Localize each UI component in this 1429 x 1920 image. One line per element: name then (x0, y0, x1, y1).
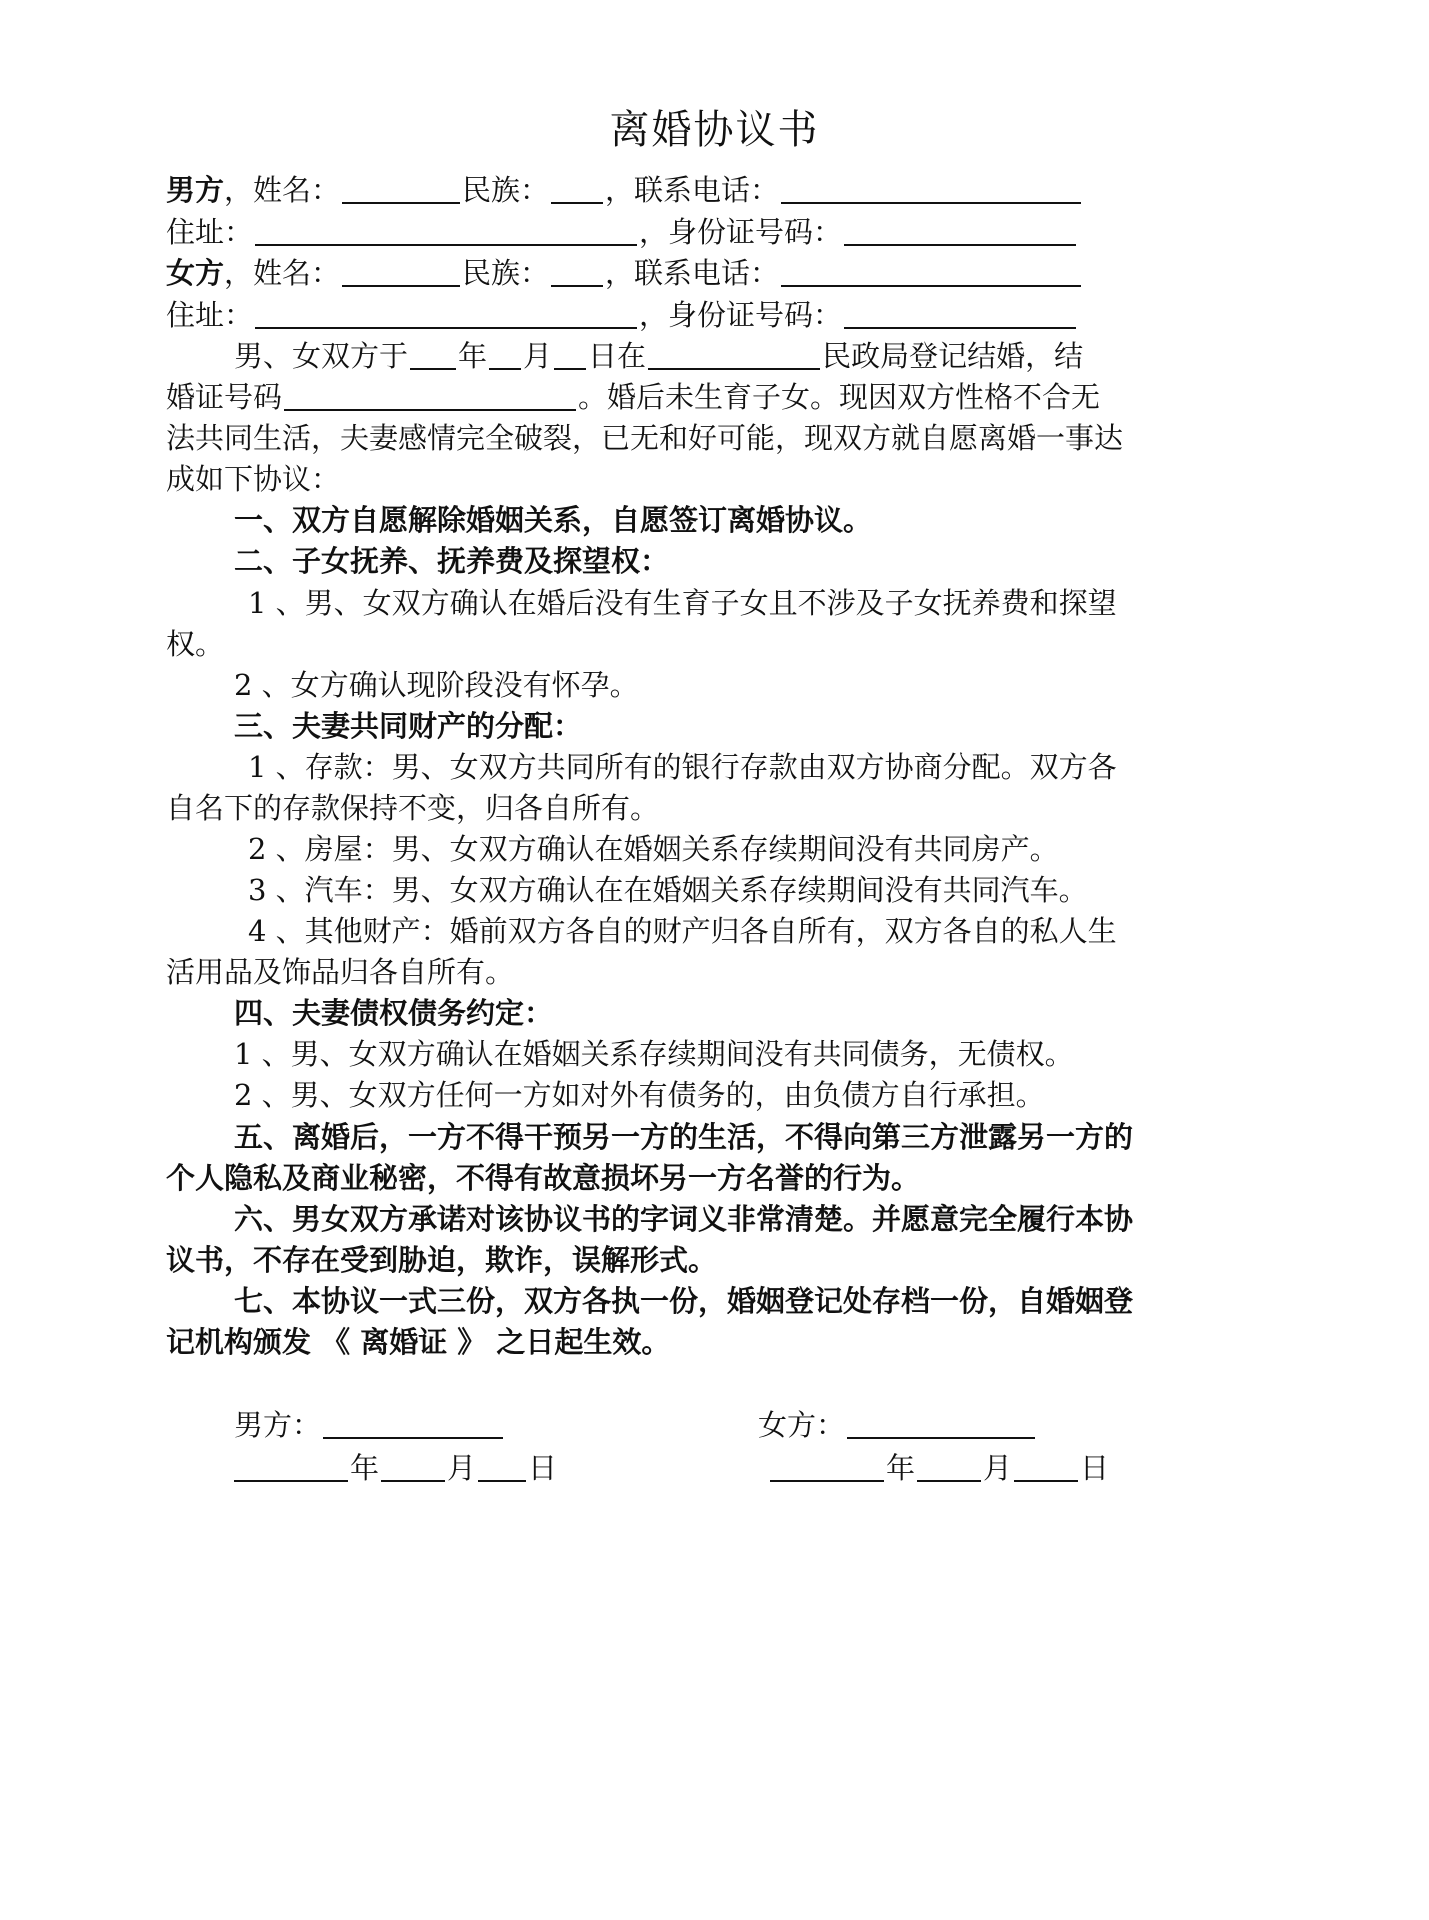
year-label: 年 (458, 339, 487, 373)
male-address-label: 住址： (166, 215, 253, 249)
day-label: 日 (528, 1451, 557, 1485)
female-sign-day-field[interactable] (1014, 1450, 1078, 1482)
clause-3-item-4-cont: 活用品及饰品归各自所有。 (166, 952, 1266, 992)
intro-text: 男、女双方于 (234, 339, 408, 373)
male-date-row: 年月日 (232, 1448, 557, 1488)
clause-2-item-2: 2 、女方确认现阶段没有怀孕。 (166, 665, 1334, 705)
female-phone-label: ，联系电话： (605, 256, 779, 290)
male-info-row: 男方，姓名：民族：，联系电话： (166, 170, 1266, 210)
female-name-label: ，姓名： (224, 256, 340, 290)
male-sign-year-field[interactable] (234, 1450, 348, 1482)
male-id-field[interactable] (844, 214, 1076, 246)
clause-5: 五、离婚后，一方不得干预另一方的生活，不得向第三方泄露另一方的 (166, 1117, 1334, 1157)
male-ethnicity-label: 民族： (462, 173, 549, 207)
female-sign-year-field[interactable] (770, 1450, 884, 1482)
clause-2-item-1: 1 、男、女双方确认在婚后没有生育子女且不涉及子女抚养费和探望 (166, 583, 1348, 623)
female-address-label: 住址： (166, 298, 253, 332)
intro-line-3: 法共同生活，夫妻感情完全破裂，已无和好可能，现双方就自愿离婚一事达 (166, 418, 1266, 458)
intro-text: 。婚后未生育子女。现因双方性格不合无 (578, 380, 1100, 414)
female-ethnicity-label: 民族： (462, 256, 549, 290)
marriage-year-field[interactable] (410, 338, 456, 370)
civil-affairs-bureau-field[interactable] (648, 338, 820, 370)
female-address-field[interactable] (255, 297, 637, 329)
male-address-field[interactable] (255, 214, 637, 246)
clause-3-item-2: 2 、房屋：男、女双方确认在婚姻关系存续期间没有共同房产。 (166, 829, 1348, 869)
female-info-row: 女方，姓名：民族：，联系电话： (166, 253, 1266, 293)
clause-4-item-1: 1 、男、女双方确认在婚姻关系存续期间没有共同债务，无债权。 (166, 1034, 1334, 1074)
clause-3-item-1: 1 、存款：男、女双方共同所有的银行存款由双方协商分配。双方各 (166, 747, 1348, 787)
female-address-row: 住址：，身份证号码： (166, 295, 1266, 335)
clause-1: 一、双方自愿解除婚姻关系，自愿签订离婚协议。 (166, 500, 1334, 540)
female-prefix: 女方 (166, 256, 224, 290)
marriage-day-field[interactable] (554, 338, 586, 370)
male-name-field[interactable] (342, 172, 460, 204)
document-page: 离婚协议书 男方，姓名：民族：，联系电话： 住址：，身份证号码： 女方，姓名：民… (0, 0, 1429, 1920)
clause-4-item-2: 2 、男、女双方任何一方如对外有债务的，由负债方自行承担。 (166, 1075, 1334, 1115)
day-label: 日 (1080, 1451, 1109, 1485)
intro-text: 民政局登记结婚，结 (822, 339, 1083, 373)
clause-2-heading: 二、子女抚养、抚养费及探望权： (166, 541, 1334, 581)
male-signature-label: 男方： (234, 1408, 321, 1442)
marriage-cert-number-field[interactable] (284, 379, 576, 411)
clause-3-item-3: 3 、汽车：男、女双方确认在在婚姻关系存续期间没有共同汽车。 (166, 870, 1348, 910)
female-signature-label: 女方： (758, 1408, 845, 1442)
clause-3-heading: 三、夫妻共同财产的分配： (166, 706, 1334, 746)
male-address-row: 住址：，身份证号码： (166, 212, 1266, 252)
year-label: 年 (886, 1451, 915, 1485)
male-id-label: ，身份证号码： (639, 215, 842, 249)
male-phone-field[interactable] (781, 172, 1081, 204)
female-signature-row: 女方： (758, 1405, 1037, 1445)
intro-line-4: 成如下协议： (166, 459, 1266, 499)
intro-text: 婚证号码 (166, 380, 282, 414)
male-sign-month-field[interactable] (381, 1450, 445, 1482)
male-signature-row: 男方： (234, 1405, 505, 1445)
female-date-row: 年月日 (768, 1448, 1109, 1488)
clause-6: 六、男女双方承诺对该协议书的字词义非常清楚。并愿意完全履行本协 (166, 1199, 1334, 1239)
female-phone-field[interactable] (781, 255, 1081, 287)
clause-5-cont: 个人隐私及商业秘密，不得有故意损坏另一方名誉的行为。 (166, 1158, 1266, 1198)
female-name-field[interactable] (342, 255, 460, 287)
intro-line-1: 男、女双方于年月日在民政局登记结婚，结 (166, 336, 1334, 376)
female-id-label: ，身份证号码： (639, 298, 842, 332)
female-id-field[interactable] (844, 297, 1076, 329)
male-sign-day-field[interactable] (478, 1450, 526, 1482)
male-signature-field[interactable] (323, 1407, 503, 1439)
month-label: 月 (983, 1451, 1012, 1485)
clause-2-item-1-cont: 权。 (166, 624, 1266, 664)
female-signature-field[interactable] (847, 1407, 1035, 1439)
document-title: 离婚协议书 (0, 100, 1429, 160)
male-name-label: ，姓名： (224, 173, 340, 207)
month-label: 月 (523, 339, 552, 373)
year-label: 年 (350, 1451, 379, 1485)
male-prefix: 男方 (166, 173, 224, 207)
clause-6-cont: 议书，不存在受到胁迫，欺诈，误解形式。 (166, 1240, 1266, 1280)
male-phone-label: ，联系电话： (605, 173, 779, 207)
marriage-month-field[interactable] (489, 338, 521, 370)
female-ethnicity-field[interactable] (551, 255, 603, 287)
clause-3-item-1-cont: 自名下的存款保持不变，归各自所有。 (166, 788, 1266, 828)
female-sign-month-field[interactable] (917, 1450, 981, 1482)
clause-3-item-4: 4 、其他财产：婚前双方各自的财产归各自所有，双方各自的私人生 (166, 911, 1348, 951)
clause-7: 七、本协议一式三份，双方各执一份，婚姻登记处存档一份，自婚姻登 (166, 1281, 1334, 1321)
intro-line-2: 婚证号码。婚后未生育子女。现因双方性格不合无 (166, 377, 1266, 417)
month-label: 月 (447, 1451, 476, 1485)
clause-7-cont: 记机构颁发 《 离婚证 》 之日起生效。 (166, 1322, 1266, 1362)
day-label: 日在 (588, 339, 646, 373)
clause-4-heading: 四、夫妻债权债务约定： (166, 993, 1334, 1033)
male-ethnicity-field[interactable] (551, 172, 603, 204)
